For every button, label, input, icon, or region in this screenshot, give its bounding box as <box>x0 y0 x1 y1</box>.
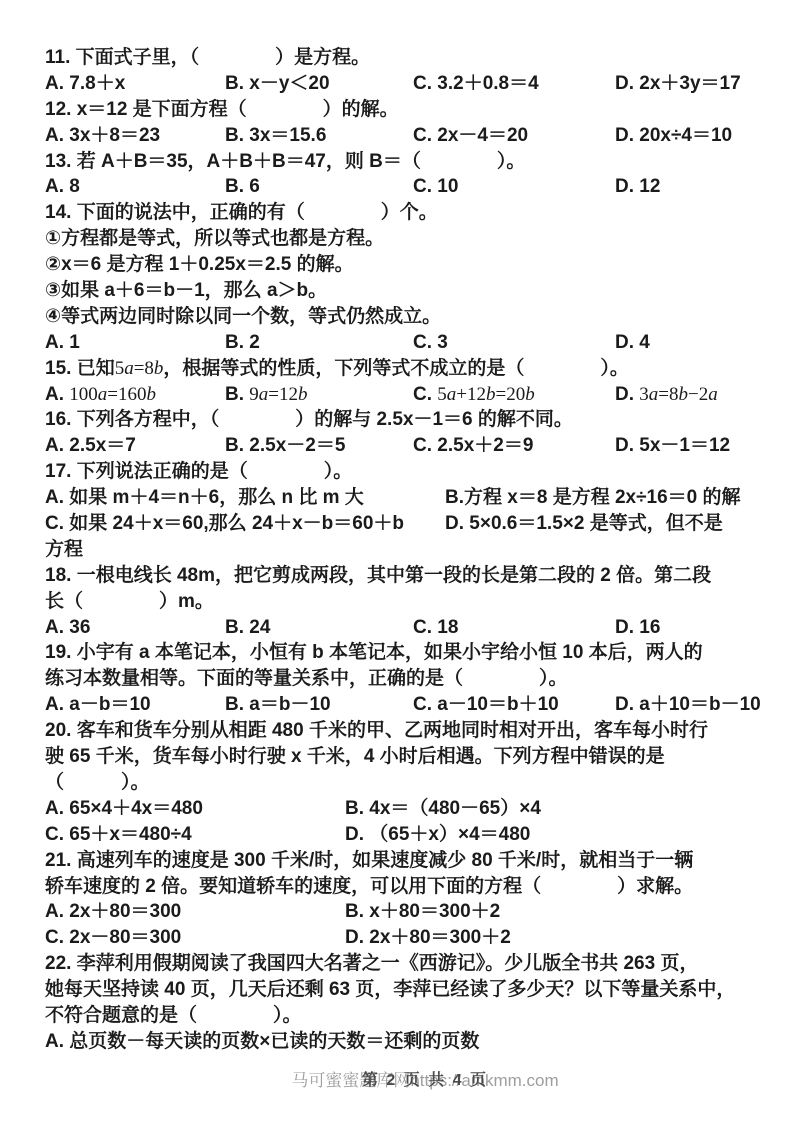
option-math: 9a=12b <box>249 384 307 405</box>
question-16-stem: 16. 下列各方程中，（ ）的解与 2.5x－1＝6 的解不同。 <box>45 407 762 433</box>
question-20-stem-line2: 驶 65 千米，货车每小时行驶 x 千米，4 小时后相遇。下列方程中错误的是 <box>45 744 762 770</box>
question-18-option-b: B. 24 <box>225 615 413 641</box>
question-14-stem: 14. 下面的说法中，正确的有（ ）个。 <box>45 200 762 226</box>
question-11-option-b: B. x－y＜20 <box>225 71 413 97</box>
question-21-option-b: B. x＋80＝300＋2 <box>345 899 762 925</box>
option-label: A. <box>45 384 69 405</box>
question-16-options: A. 2.5x＝7 B. 2.5x－2＝5 C. 2.5x＋2＝9 D. 5x－… <box>45 433 762 459</box>
worksheet-page: 11. 下面式子里，（ ）是方程。 A. 7.8＋x B. x－y＜20 C. … <box>0 0 792 1122</box>
question-14-option-d: D. 4 <box>615 330 762 356</box>
question-21-stem-line2: 轿车速度的 2 倍。要知道轿车的速度，可以用下面的方程（ ）求解。 <box>45 874 762 900</box>
question-15-stem-math: 5a=8b <box>115 358 164 379</box>
question-17-option-c: C. 如果 24＋x＝60,那么 24＋x－b＝60＋b <box>45 511 445 537</box>
option-label: B. <box>225 384 249 405</box>
question-16-option-d: D. 5x－1＝12 <box>615 433 762 459</box>
page-footer: 马可蜜蜜题库网https://amkmm.com 第 2 页 共 4 页 <box>58 1064 792 1094</box>
question-20-options-row1: A. 65×4＋4x＝480 B. 4x＝（480－65）×4 <box>45 796 762 822</box>
option-math: 3a=8b−2a <box>639 384 717 405</box>
question-22-option-a: A. 总页数－每天读的页数×已读的天数＝还剩的页数 <box>45 1029 762 1055</box>
question-15-option-b: B. 9a=12b <box>225 382 413 408</box>
question-21-option-a: A. 2x＋80＝300 <box>45 899 345 925</box>
question-15-option-c: C. 5a+12b=20b <box>413 382 615 408</box>
question-20-option-a: A. 65×4＋4x＝480 <box>45 796 345 822</box>
question-17-option-d: D. 5×0.6＝1.5×2 是等式，但不是 <box>445 511 762 537</box>
question-14-statement-1: ①方程都是等式，所以等式也都是方程。 <box>45 226 762 252</box>
question-14-statement-3: ③如果 a＋6＝b－1，那么 a＞b。 <box>45 278 762 304</box>
question-15-options: A. 100a=160b B. 9a=12b C. 5a+12b=20b D. … <box>45 382 762 408</box>
question-17-option-d-continued: 方程 <box>45 537 762 563</box>
question-18-stem-line1: 18. 一根电线长 48m，把它剪成两段，其中第一段的长是第二段的 2 倍。第二… <box>45 563 762 589</box>
question-15-stem: 15. 已知5a=8b，根据等式的性质，下列等式不成立的是（ ）。 <box>45 356 762 382</box>
question-16-option-b: B. 2.5x－2＝5 <box>225 433 413 459</box>
question-12-option-b: B. 3x＝15.6 <box>225 123 413 149</box>
question-12-stem: 12. x＝12 是下面方程（ ）的解。 <box>45 97 762 123</box>
question-22-stem-line2: 她每天坚持读 40 页，几天后还剩 63 页，李萍已经读了多少天？以下等量关系中… <box>45 977 762 1003</box>
question-12-options: A. 3x＋8＝23 B. 3x＝15.6 C. 2x－4＝20 D. 20x÷… <box>45 123 762 149</box>
question-12-option-c: C. 2x－4＝20 <box>413 123 615 149</box>
question-14-options: A. 1 B. 2 C. 3 D. 4 <box>45 330 762 356</box>
question-20-option-b: B. 4x＝（480－65）×4 <box>345 796 762 822</box>
question-17-options-row1: A. 如果 m＋4＝n＋6，那么 n 比 m 大 B.方程 x＝8 是方程 2x… <box>45 485 762 511</box>
question-11-option-c: C. 3.2＋0.8＝4 <box>413 71 615 97</box>
question-14-statement-2: ②x＝6 是方程 1＋0.25x＝2.5 的解。 <box>45 252 762 278</box>
question-12-option-d: D. 20x÷4＝10 <box>615 123 762 149</box>
question-13-stem: 13. 若 A＋B＝35，A＋B＋B＝47，则 B＝（ ）。 <box>45 149 762 175</box>
page-number: 第 2 页 共 4 页 <box>362 1067 488 1090</box>
question-18-options: A. 36 B. 24 C. 18 D. 16 <box>45 615 762 641</box>
question-15-stem-suffix: ，根据等式的性质，下列等式不成立的是（ ）。 <box>163 358 629 379</box>
question-17-stem: 17. 下列说法正确的是（ ）。 <box>45 459 762 485</box>
question-15-option-a: A. 100a=160b <box>45 382 225 408</box>
question-17-options-row2: C. 如果 24＋x＝60,那么 24＋x－b＝60＋b D. 5×0.6＝1.… <box>45 511 762 537</box>
option-math: 100a=160b <box>69 384 156 405</box>
question-14-option-a: A. 1 <box>45 330 225 356</box>
question-13-option-b: B. 6 <box>225 174 413 200</box>
question-21-options-row2: C. 2x－80＝300 D. 2x＋80＝300＋2 <box>45 925 762 951</box>
option-math: 5a+12b=20b <box>437 384 534 405</box>
question-13-option-d: D. 12 <box>615 174 762 200</box>
question-14-option-b: B. 2 <box>225 330 413 356</box>
question-11-options: A. 7.8＋x B. x－y＜20 C. 3.2＋0.8＝4 D. 2x＋3y… <box>45 71 762 97</box>
option-label: C. <box>413 384 437 405</box>
question-13-option-c: C. 10 <box>413 174 615 200</box>
question-15-option-d: D. 3a=8b−2a <box>615 382 762 408</box>
option-label: D. <box>615 384 639 405</box>
question-18-option-c: C. 18 <box>413 615 615 641</box>
question-20-option-d: D. （65＋x）×4＝480 <box>345 822 762 848</box>
question-19-option-a: A. a－b＝10 <box>45 692 225 718</box>
question-13-options: A. 8 B. 6 C. 10 D. 12 <box>45 174 762 200</box>
question-11-option-a: A. 7.8＋x <box>45 71 225 97</box>
question-14-statement-4: ④等式两边同时除以同一个数，等式仍然成立。 <box>45 304 762 330</box>
question-22-stem-line1: 22. 李萍利用假期阅读了我国四大名著之一《西游记》。少儿版全书共 263 页， <box>45 951 762 977</box>
question-19-option-d: D. a＋10＝b－10 <box>615 692 762 718</box>
question-13-option-a: A. 8 <box>45 174 225 200</box>
question-18-stem-line2: 长（ ）m。 <box>45 589 762 615</box>
question-16-option-c: C. 2.5x＋2＝9 <box>413 433 615 459</box>
question-21-option-d: D. 2x＋80＝300＋2 <box>345 925 762 951</box>
question-18-option-a: A. 36 <box>45 615 225 641</box>
question-15-stem-prefix: 15. 已知 <box>45 358 115 379</box>
question-19-option-c: C. a－10＝b＋10 <box>413 692 615 718</box>
question-19-stem-line2: 练习本数量相等。下面的等量关系中，正确的是（ ）。 <box>45 666 762 692</box>
question-11-stem: 11. 下面式子里，（ ）是方程。 <box>45 45 762 71</box>
question-14-option-c: C. 3 <box>413 330 615 356</box>
question-16-option-a: A. 2.5x＝7 <box>45 433 225 459</box>
question-22-stem-line3: 不符合题意的是（ ）。 <box>45 1003 762 1029</box>
question-17-option-a: A. 如果 m＋4＝n＋6，那么 n 比 m 大 <box>45 485 445 511</box>
question-list: 11. 下面式子里，（ ）是方程。 A. 7.8＋x B. x－y＜20 C. … <box>45 45 762 1055</box>
question-21-stem-line1: 21. 高速列车的速度是 300 千米/时，如果速度减少 80 千米/时，就相当… <box>45 848 762 874</box>
question-20-stem-line1: 20. 客车和货车分别从相距 480 千米的甲、乙两地同时相对开出，客车每小时行 <box>45 718 762 744</box>
question-17-option-b: B.方程 x＝8 是方程 2x÷16＝0 的解 <box>445 485 762 511</box>
question-12-option-a: A. 3x＋8＝23 <box>45 123 225 149</box>
question-21-options-row1: A. 2x＋80＝300 B. x＋80＝300＋2 <box>45 899 762 925</box>
question-20-stem-line3: （ ）。 <box>45 770 762 796</box>
question-21-option-c: C. 2x－80＝300 <box>45 925 345 951</box>
question-19-stem-line1: 19. 小宇有 a 本笔记本，小恒有 b 本笔记本，如果小宇给小恒 10 本后，… <box>45 640 762 666</box>
question-11-option-d: D. 2x＋3y＝17 <box>615 71 762 97</box>
question-20-option-c: C. 65＋x＝480÷4 <box>45 822 345 848</box>
question-20-options-row2: C. 65＋x＝480÷4 D. （65＋x）×4＝480 <box>45 822 762 848</box>
question-18-option-d: D. 16 <box>615 615 762 641</box>
question-19-option-b: B. a＝b－10 <box>225 692 413 718</box>
question-19-options: A. a－b＝10 B. a＝b－10 C. a－10＝b＋10 D. a＋10… <box>45 692 762 718</box>
